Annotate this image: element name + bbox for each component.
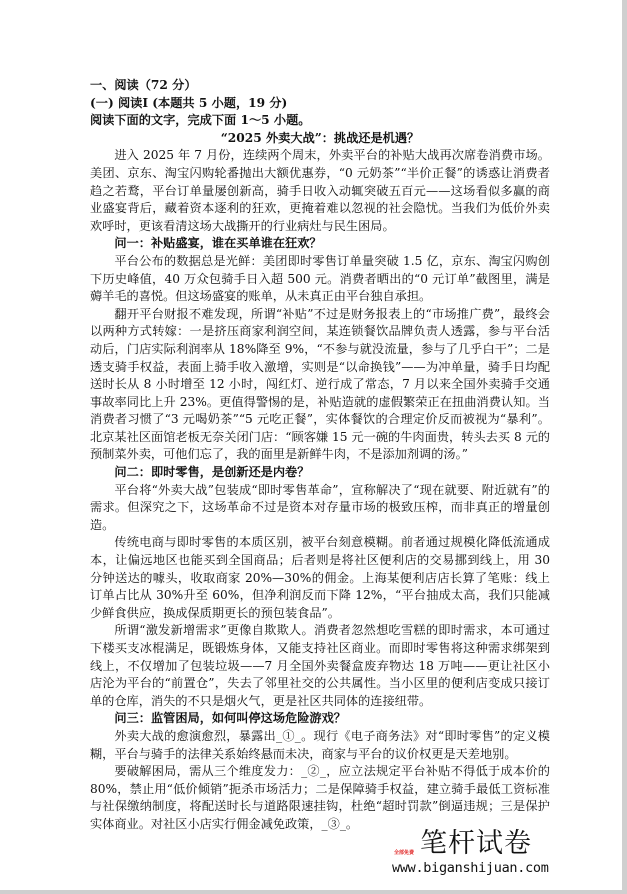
subsection-heading: (一) 阅读Ⅰ (本题共 5 小题，19 分) <box>90 95 550 113</box>
document-page: 一、阅读（72 分） (一) 阅读Ⅰ (本题共 5 小题，19 分) 阅读下面的… <box>0 0 622 890</box>
section-heading: 一、阅读（72 分） <box>90 77 550 95</box>
article-title: “2025 外卖大战”：挑战还是机遇？ <box>90 130 550 148</box>
article-paragraph: 传统电商与即时零售的本质区别，被平台刻意模糊。前者通过规模化降低流通成本，让偏远… <box>90 534 550 622</box>
article-paragraph: 所谓“激发新增需求”更像自欺欺人。消费者忽然想吃雪糕的即时需求，本可通过下楼买支… <box>90 622 550 710</box>
article-paragraph: 平台将“外卖大战”包装成“即时零售革命”，宣称解决了“现在就要、附近就有”的需求… <box>90 482 550 535</box>
question-heading-3: 问三：监管困局，如何叫停这场危险游戏？ <box>90 710 550 728</box>
article-paragraph: 要破解困局，需从三个维度发力：_②_，应立法规定平台补贴不得低于成本价的 80%… <box>90 763 550 833</box>
question-heading-1: 问一：补贴盛宴，谁在买单谁在狂欢？ <box>90 235 550 253</box>
watermark-name: 笔杆试卷 <box>420 828 532 860</box>
article-paragraph: 翻开平台财报不难发现，所谓“补贴”不过是财务报表上的“市场推广费”，最终会以两种… <box>90 306 550 464</box>
watermark-url: www.biganshijuan.com <box>392 860 549 876</box>
article-paragraph: 平台公布的数据总是光鲜：美团即时零售订单量突破 1.5 亿，京东、淘宝闪购创下历… <box>90 253 550 306</box>
watermark-logo: 全部免费 笔杆试卷 www.biganshijuan.com <box>392 832 572 882</box>
article-paragraph: 进入 2025 年 7 月份，连续两个周末，外卖平台的补贴大战再次席卷消费市场。… <box>90 147 550 235</box>
exam-content: 一、阅读（72 分） (一) 阅读Ⅰ (本题共 5 小题，19 分) 阅读下面的… <box>90 77 550 834</box>
watermark-tag: 全部免费 <box>394 850 414 856</box>
article-paragraph: 外卖大战的愈演愈烈，暴露出_①_。现行《电子商务法》对“即时零售”的定义模糊，平… <box>90 728 550 763</box>
reading-instruction: 阅读下面的文字，完成下面 1～5 小题。 <box>90 112 550 130</box>
question-heading-2: 问二：即时零售，是创新还是内卷？ <box>90 464 550 482</box>
